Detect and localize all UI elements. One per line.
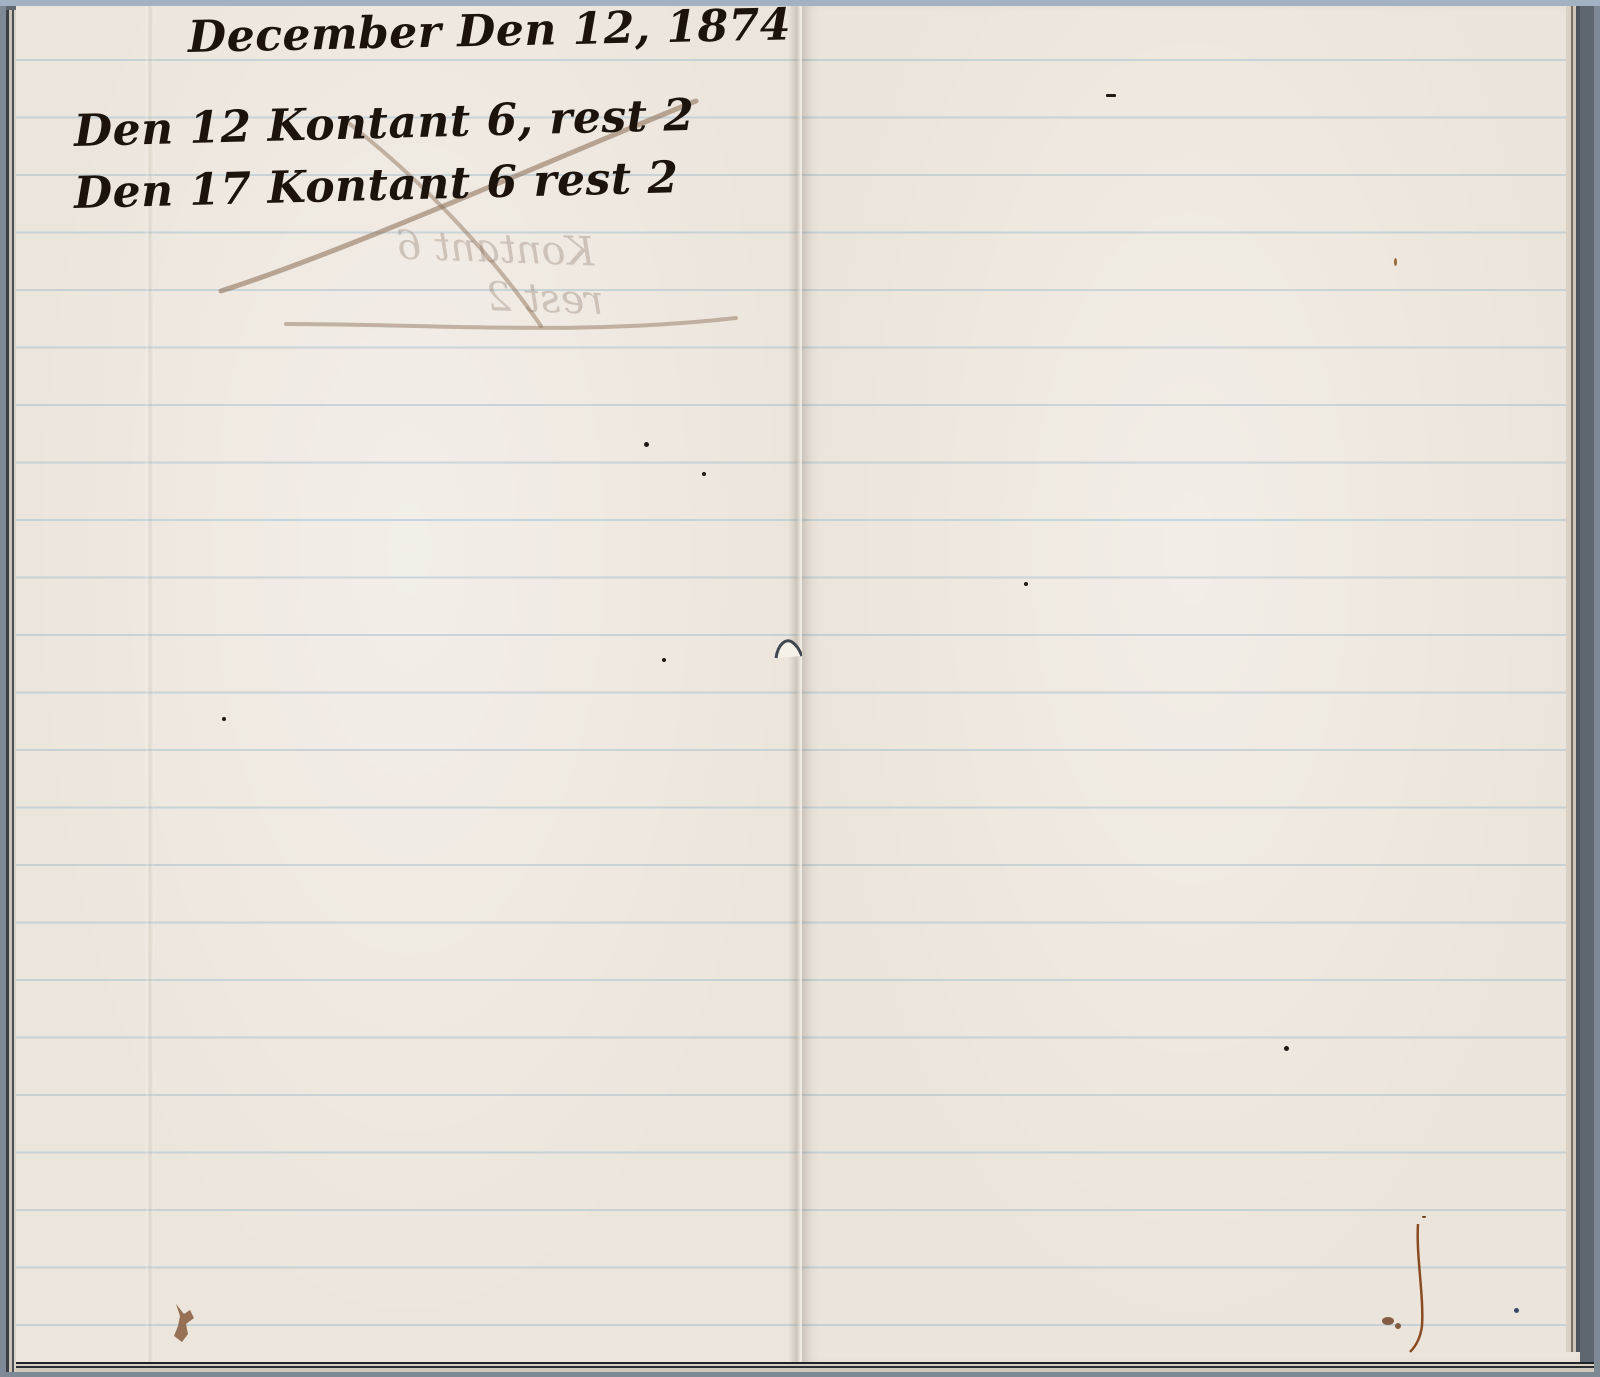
notebook-spread: Kontant 6 rest 2 December Den 12, 1874 D…	[6, 6, 1594, 1372]
ink-speck	[702, 472, 706, 476]
ink-speck	[644, 442, 649, 447]
ink-mark	[1394, 258, 1397, 266]
ink-speck	[1024, 582, 1028, 586]
ink-mark	[1106, 94, 1116, 97]
ledger-entry: Den 12 Kontant 6, rest 2	[73, 90, 695, 157]
right-page-edges	[1566, 6, 1580, 1352]
ink-stain	[1378, 1216, 1438, 1356]
ink-speck	[1514, 1308, 1519, 1313]
left-page: Kontant 6 rest 2 December Den 12, 1874 D…	[16, 6, 802, 1362]
page-heading: December Den 12, 1874	[187, 0, 791, 63]
ledger-entry: Den 17 Kontant 6 rest 2	[73, 152, 679, 219]
binding-tear	[772, 634, 806, 662]
ink-speck	[662, 658, 666, 662]
right-page	[802, 6, 1580, 1362]
ink-speck	[1284, 1046, 1289, 1051]
bleed-through-text: rest 2	[485, 274, 604, 324]
bottom-page-edges	[16, 1362, 1594, 1372]
bleed-through-text: Kontant 6	[395, 223, 595, 276]
ink-speck	[222, 717, 226, 721]
ink-stain	[164, 1296, 204, 1346]
